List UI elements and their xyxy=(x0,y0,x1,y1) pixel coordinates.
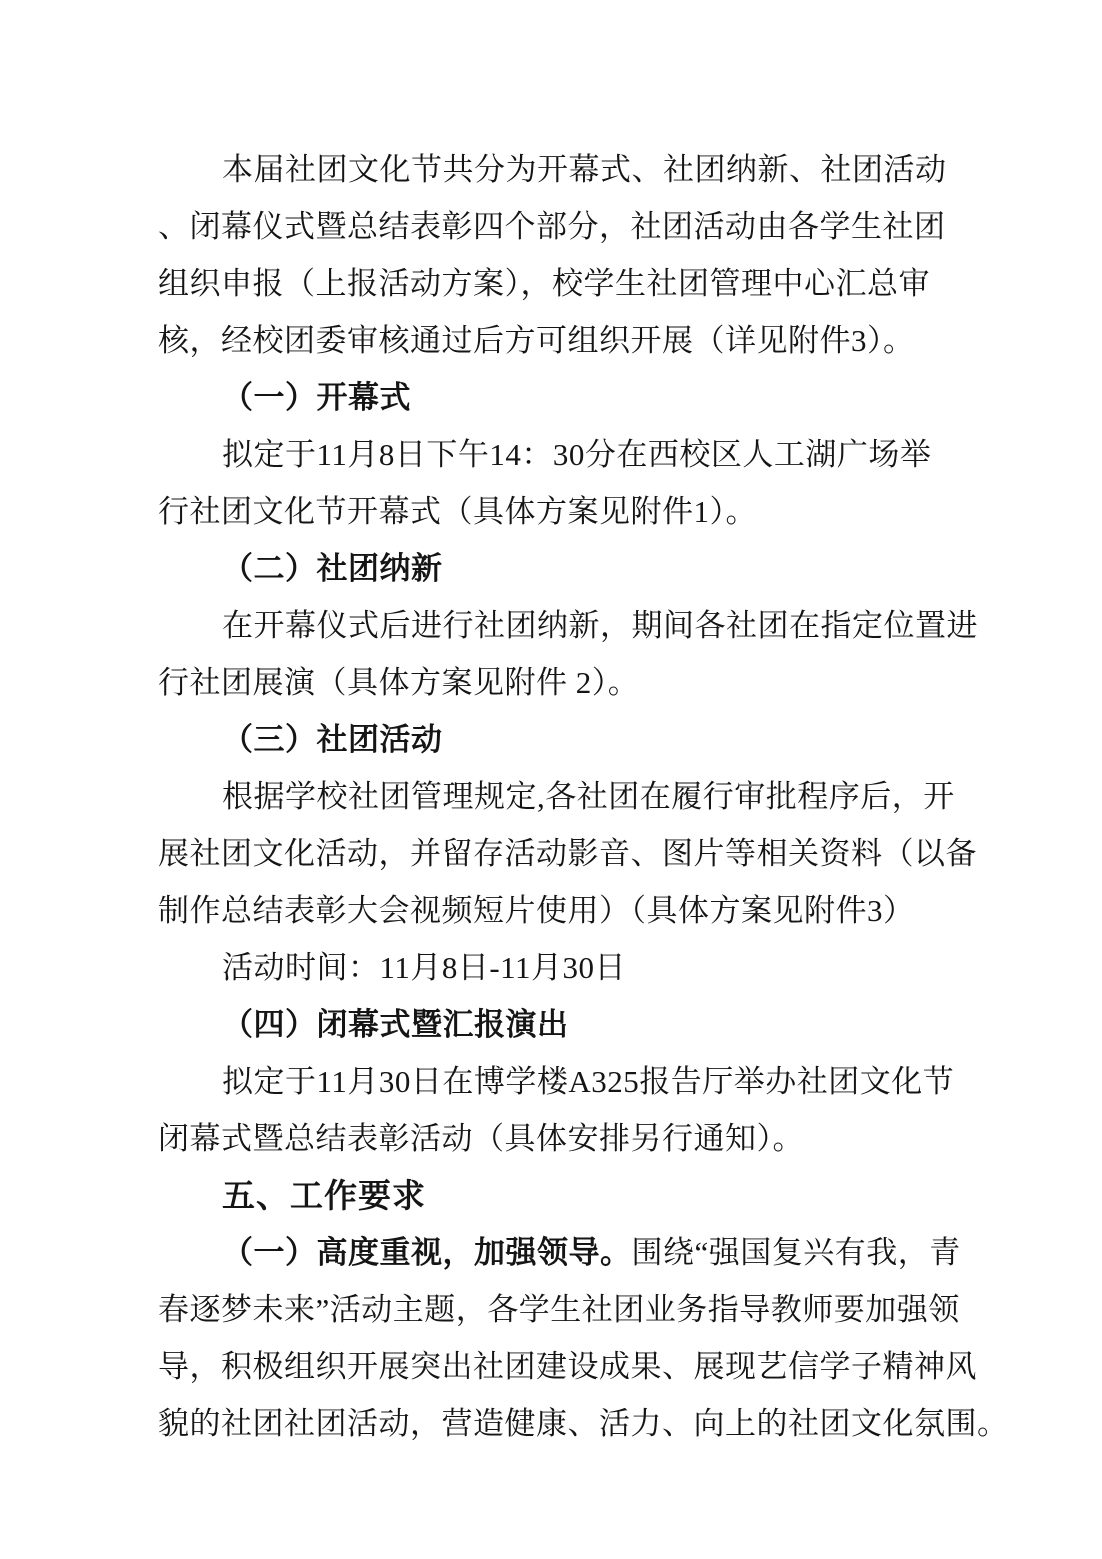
text-line: （一）开幕式 xyxy=(158,369,950,426)
text-line: 活动时间：11月8日-11月30日 xyxy=(158,939,950,996)
text-segment: 导，积极组织开展突出社团建设成果、展现艺信学子精神风 xyxy=(158,1349,977,1384)
text-segment: 本届社团文化节共分为开幕式、社团纳新、社团活动 xyxy=(222,152,947,187)
text-segment: 貌的社团社团活动，营造健康、活力、向上的社团文化氛围。 xyxy=(158,1406,1009,1441)
text-segment: 闭幕式暨总结表彰活动（具体安排另行通知）。 xyxy=(158,1121,804,1156)
section-heading: （二）社团纳新 xyxy=(158,540,950,597)
text-segment: （三）社团活动 xyxy=(222,722,443,757)
text-line: 貌的社团社团活动，营造健康、活力、向上的社团文化氛围。 xyxy=(158,1395,950,1452)
paragraph: 根据学校社团管理规定,各社团在履行审批程序后，开展社团文化活动，并留存活动影音、… xyxy=(158,768,950,939)
paragraph: 在开幕仪式后进行社团纳新，期间各社团在指定位置进行社团展演（具体方案见附件 2）… xyxy=(158,597,950,711)
section-heading: （三）社团活动 xyxy=(158,711,950,768)
text-segment: 、闭幕仪式暨总结表彰四个部分，社团活动由各学生社团 xyxy=(158,209,946,244)
bold-text-segment: 五、工作要求 xyxy=(222,1177,426,1214)
section-heading: 五、工作要求 xyxy=(158,1167,950,1224)
text-segment: 春逐梦未来”活动主题，各学生社团业务指导教师要加强领 xyxy=(158,1292,960,1327)
text-segment: 核，经校团委审核通过后方可组织开展（详见附件3）。 xyxy=(158,323,915,358)
text-segment: （一）开幕式 xyxy=(222,380,411,415)
section-heading: （一）开幕式 xyxy=(158,369,950,426)
text-line: （三）社团活动 xyxy=(158,711,950,768)
text-segment: 制作总结表彰大会视频短片使用）（具体方案见附件3） xyxy=(158,893,915,928)
text-line: （四）闭幕式暨汇报演出 xyxy=(158,996,950,1053)
text-segment: 拟定于11月8日下午14：30分在西校区人工湖广场举 xyxy=(222,437,931,472)
text-segment: 拟定于11月30日在博学楼A325报告厅举办社团文化节 xyxy=(222,1064,954,1099)
text-line: 根据学校社团管理规定,各社团在履行审批程序后，开 xyxy=(158,768,950,825)
bold-text-segment: （一）高度重视，加强领导。 xyxy=(222,1235,632,1270)
paragraph: 拟定于11月8日下午14：30分在西校区人工湖广场举行社团文化节开幕式（具体方案… xyxy=(158,426,950,540)
text-line: 制作总结表彰大会视频短片使用）（具体方案见附件3） xyxy=(158,882,950,939)
text-segment: 组织申报（上报活动方案），校学生社团管理中心汇总审 xyxy=(158,266,930,301)
text-segment: 围绕“强国复兴有我，青 xyxy=(632,1235,961,1270)
text-segment: 行社团展演（具体方案见附件 2）。 xyxy=(158,665,639,700)
section-heading: （四）闭幕式暨汇报演出 xyxy=(158,996,950,1053)
text-line: 拟定于11月8日下午14：30分在西校区人工湖广场举 xyxy=(158,426,950,483)
text-line: 在开幕仪式后进行社团纳新，期间各社团在指定位置进 xyxy=(158,597,950,654)
text-line: 闭幕式暨总结表彰活动（具体安排另行通知）。 xyxy=(158,1110,950,1167)
text-line: 组织申报（上报活动方案），校学生社团管理中心汇总审 xyxy=(158,255,950,312)
paragraph: （一）高度重视，加强领导。围绕“强国复兴有我，青春逐梦未来”活动主题，各学生社团… xyxy=(158,1224,950,1452)
text-line: （二）社团纳新 xyxy=(158,540,950,597)
paragraph: 拟定于11月30日在博学楼A325报告厅举办社团文化节闭幕式暨总结表彰活动（具体… xyxy=(158,1053,950,1167)
text-line: （一）高度重视，加强领导。围绕“强国复兴有我，青 xyxy=(158,1224,950,1281)
text-line: 行社团文化节开幕式（具体方案见附件1）。 xyxy=(158,483,950,540)
text-line: 展社团文化活动，并留存活动影音、图片等相关资料（以备 xyxy=(158,825,950,882)
text-segment: （四）闭幕式暨汇报演出 xyxy=(222,1007,569,1042)
text-line: 行社团展演（具体方案见附件 2）。 xyxy=(158,654,950,711)
paragraph: 本届社团文化节共分为开幕式、社团纳新、社团活动、闭幕仪式暨总结表彰四个部分，社团… xyxy=(158,141,950,369)
text-segment: 行社团文化节开幕式（具体方案见附件1）。 xyxy=(158,494,757,529)
text-line: 导，积极组织开展突出社团建设成果、展现艺信学子精神风 xyxy=(158,1338,950,1395)
paragraph: 活动时间：11月8日-11月30日 xyxy=(158,939,950,996)
text-line: 春逐梦未来”活动主题，各学生社团业务指导教师要加强领 xyxy=(158,1281,950,1338)
text-line: 核，经校团委审核通过后方可组织开展（详见附件3）。 xyxy=(158,312,950,369)
text-line: 本届社团文化节共分为开幕式、社团纳新、社团活动 xyxy=(158,141,950,198)
text-line: 拟定于11月30日在博学楼A325报告厅举办社团文化节 xyxy=(158,1053,950,1110)
text-line: 五、工作要求 xyxy=(158,1167,950,1224)
document-page: 本届社团文化节共分为开幕式、社团纳新、社团活动、闭幕仪式暨总结表彰四个部分，社团… xyxy=(0,0,1102,1559)
document-content: 本届社团文化节共分为开幕式、社团纳新、社团活动、闭幕仪式暨总结表彰四个部分，社团… xyxy=(158,141,950,1452)
text-segment: 在开幕仪式后进行社团纳新，期间各社团在指定位置进 xyxy=(222,608,978,643)
text-segment: 活动时间：11月8日-11月30日 xyxy=(222,950,626,985)
text-segment: （二）社团纳新 xyxy=(222,551,443,586)
text-segment: 根据学校社团管理规定,各社团在履行审批程序后，开 xyxy=(222,779,955,814)
text-segment: 展社团文化活动，并留存活动影音、图片等相关资料（以备 xyxy=(158,836,977,871)
text-line: 、闭幕仪式暨总结表彰四个部分，社团活动由各学生社团 xyxy=(158,198,950,255)
